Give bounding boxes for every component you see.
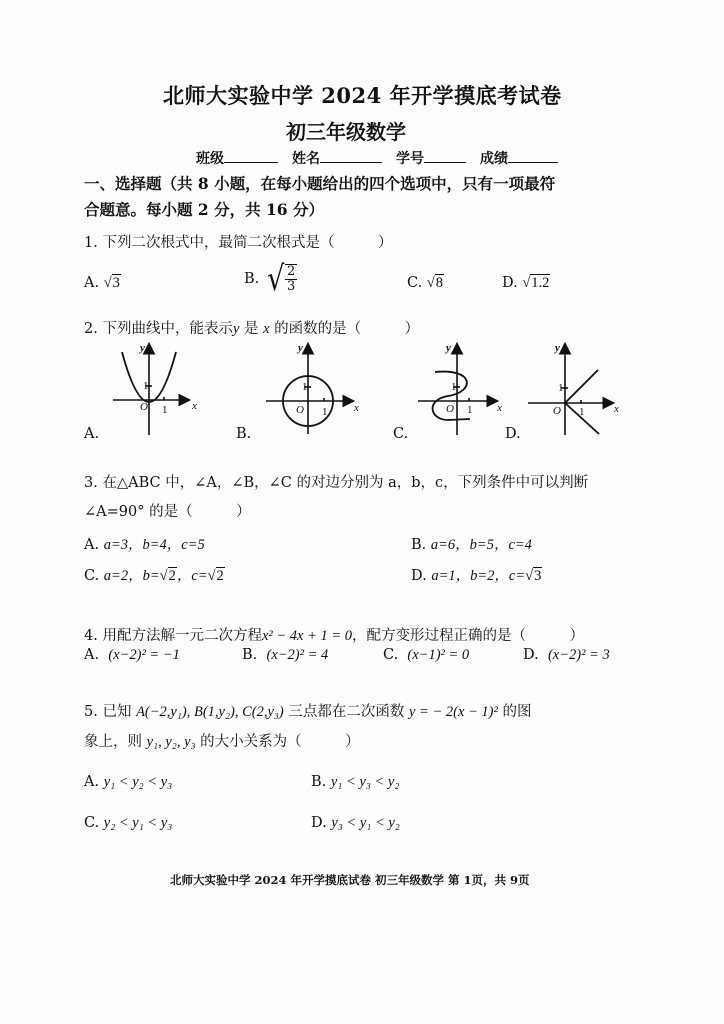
question-4-option-b[interactable]: B. (x−2)² = 4	[242, 647, 328, 664]
svg-text:1: 1	[322, 406, 328, 418]
svg-text:1: 1	[451, 381, 457, 393]
svg-text:O: O	[296, 404, 304, 416]
svg-text:O: O	[140, 401, 148, 413]
question-3-option-d[interactable]: D. a=1，b=2，c=√3	[411, 564, 542, 585]
question-3-stem-line1: 3. 在△ABC 中，∠A，∠B，∠C 的对边分别为 a，b，c，下列条件中可以…	[84, 471, 588, 492]
svg-text:1: 1	[162, 404, 168, 416]
question-3-option-a[interactable]: A. a=3，b=4，c=5	[84, 533, 205, 554]
question-2-option-a[interactable]: A.	[84, 426, 99, 442]
svg-text:1: 1	[558, 382, 564, 394]
graph-b-labels: y x O 1 1	[296, 342, 359, 418]
question-4-option-d[interactable]: D. (x−2)² = 3	[523, 647, 610, 664]
question-3-option-c[interactable]: C. a=2，b=√2，c=√2	[84, 564, 225, 585]
question-4-stem: 4. 用配方法解一元二次方程x² − 4x + 1 = 0，配方变形过程正确的是…	[84, 624, 584, 645]
graph-a-parabola	[113, 345, 188, 435]
graph-c-s-curve	[418, 345, 496, 435]
svg-text:O: O	[446, 403, 454, 415]
question-4-option-a[interactable]: A. (x−2)² = −1	[84, 647, 180, 664]
question-2-option-c[interactable]: C.	[393, 426, 408, 442]
question-5-option-b[interactable]: B. y₁ < y₃ < y₂	[311, 774, 399, 791]
svg-text:O: O	[553, 405, 561, 417]
svg-text:y: y	[296, 342, 303, 354]
graph-d-lines	[528, 345, 612, 435]
svg-text:y: y	[444, 342, 451, 354]
svg-text:y: y	[553, 342, 560, 354]
svg-text:x: x	[353, 402, 359, 414]
svg-text:1: 1	[467, 404, 473, 416]
svg-text:x: x	[613, 403, 619, 415]
svg-text:x: x	[496, 402, 502, 414]
question-3-option-b[interactable]: B. a=6，b=5，c=4	[411, 533, 532, 554]
question-2-graphs: y x O 1 1 y x O 1 1 y x O 1 1	[0, 0, 724, 460]
svg-text:y: y	[138, 342, 145, 354]
question-5-stem-line2: 象上，则 y₁, y₂, y₃ 的大小关系为（ ）	[84, 730, 360, 751]
svg-text:1: 1	[579, 406, 585, 418]
question-5-option-a[interactable]: A. y₁ < y₂ < y₃	[84, 774, 172, 791]
question-5-option-d[interactable]: D. y₃ < y₁ < y₂	[311, 815, 400, 832]
question-5-option-c[interactable]: C. y₂ < y₁ < y₃	[84, 815, 172, 832]
question-4-option-c[interactable]: C. (x−1)² = 0	[383, 647, 469, 664]
graph-b-circle	[266, 345, 352, 434]
page-footer: 北师大实验中学 2024 年开学摸底试卷 初三年级数学 第 1页，共 9页	[170, 872, 530, 888]
question-2-option-b[interactable]: B.	[236, 426, 251, 442]
question-3-stem-line2: ∠A=90° 的是（ ）	[84, 500, 251, 521]
svg-text:x: x	[191, 400, 197, 412]
question-2-option-d[interactable]: D.	[505, 426, 521, 442]
graph-d-labels: y x O 1 1	[553, 342, 619, 418]
question-5-stem-line1: 5. 已知 A(−2,y₁), B(1,y₂), C(2,y₃) 三点都在二次函…	[84, 700, 531, 721]
graph-c-labels: y x O 1 1	[444, 342, 502, 416]
svg-text:1: 1	[302, 381, 308, 393]
svg-text:1: 1	[143, 380, 149, 392]
